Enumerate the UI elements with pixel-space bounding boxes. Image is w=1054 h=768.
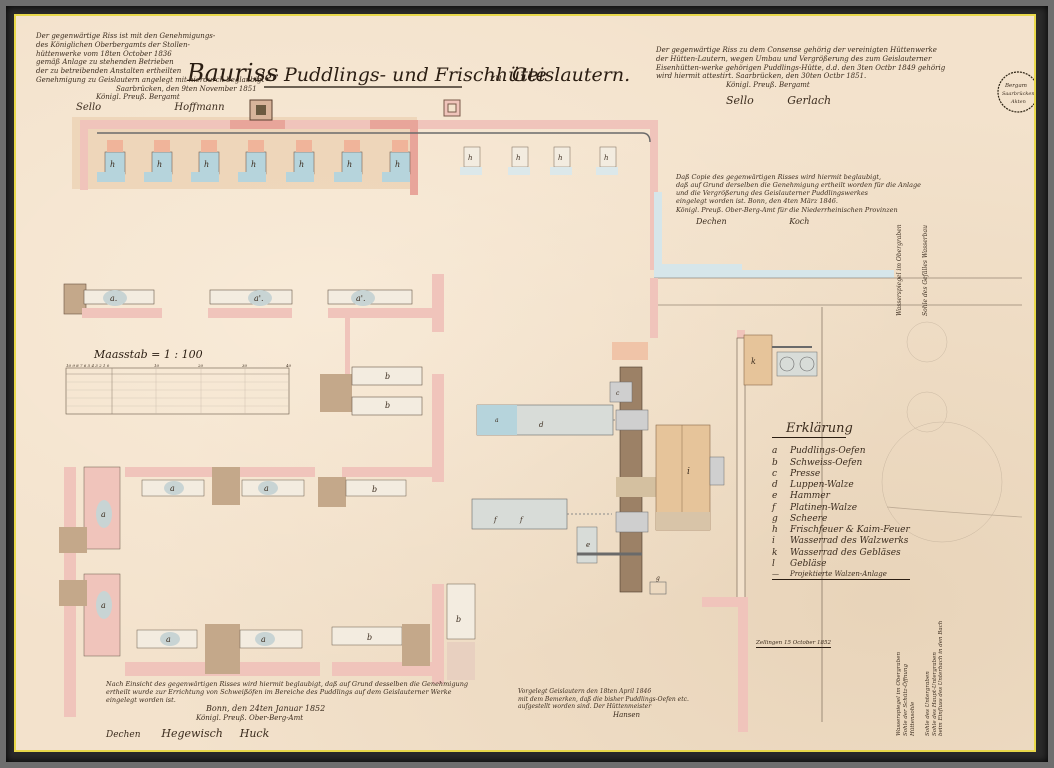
water-wheel-k-and-blowers: k (744, 335, 817, 385)
svg-text:Geislautern.: Geislautern. (512, 64, 630, 86)
svg-text:h: h (299, 160, 304, 169)
legend-item: aPuddlings-Oefen (772, 446, 910, 457)
legend-item: fPlatinen-Walze (772, 503, 910, 514)
svg-text:Maasstab = 1 : 100: Maasstab = 1 : 100 (93, 348, 203, 361)
svg-text:h: h (468, 154, 473, 162)
legend-item: kWasserrad des Gebläses (772, 548, 910, 559)
svg-text:a'.: a'. (356, 294, 366, 303)
drawing-sheet: h h h h h h h h h h h a. a'. a'. (14, 14, 1036, 752)
signature-hoffmann: Hoffmann (104, 102, 224, 113)
signature-hegewisch: Hegewisch (143, 727, 222, 740)
svg-text:d: d (539, 421, 544, 429)
scale-bar: Maasstab = 1 : 100 10 9 8 7 6 5 4 3 2 1 … (66, 348, 292, 414)
svg-text:g: g (656, 575, 660, 582)
svg-text:Akten: Akten (1010, 99, 1026, 105)
svg-text:a'.: a'. (254, 294, 264, 303)
legend-item: dLuppen-Walze (772, 480, 910, 491)
note-bottom-right-small: Zellingen 15 October 1852 (756, 640, 831, 648)
side-note-upper: Wasserspiegel im Obergraben Sohle des Ge… (896, 224, 929, 316)
svg-text:b: b (385, 401, 390, 410)
svg-text:h: h (110, 160, 115, 169)
svg-text:b: b (372, 485, 377, 494)
svg-text:a: a (264, 484, 269, 493)
svg-text:Saarbrücken: Saarbrücken (1002, 91, 1035, 97)
svg-text:a: a (170, 484, 175, 493)
legend-heading: Erklärung (772, 421, 846, 438)
svg-text:40: 40 (285, 363, 292, 368)
middle-b-furnaces: b b (320, 367, 444, 454)
signature-dechen: Dechen (106, 730, 141, 740)
floor-plan-drawing: h h h h h h h h h h h a. a'. a'. (16, 16, 1036, 752)
wall (650, 278, 658, 338)
svg-text:h: h (251, 160, 256, 169)
legend-item: gScheere (772, 514, 910, 525)
svg-text:h: h (604, 154, 609, 162)
signature-gerlach: Gerlach (757, 94, 831, 107)
svg-text:a: a (495, 417, 499, 424)
legend-item: hFrischfeuer & Kaim-Feuer (772, 525, 910, 536)
svg-text:10 9 8 7 6 5 4 3 2 1 0: 10 9 8 7 6 5 4 3 2 1 0 (66, 363, 110, 368)
legend-item: —Projektierte Walzen-Anlage (772, 570, 910, 580)
svg-text:a: a (166, 635, 171, 644)
note-bottom-center: Vorgelegt Geislautern den 18ten April 18… (518, 688, 689, 719)
svg-text:10: 10 (154, 363, 160, 368)
svg-text:h: h (395, 160, 400, 169)
rolling-mill-f: f f (472, 499, 612, 529)
svg-text:zu: zu (489, 73, 502, 84)
svg-text:k: k (751, 357, 756, 366)
svg-text:h: h (516, 154, 521, 162)
svg-text:Puddlings- und Frischhütte: Puddlings- und Frischhütte (283, 64, 547, 86)
note-bottom-left: Nach Einsicht des gegenwärtigen Risses w… (106, 680, 468, 741)
svg-text:30: 30 (242, 363, 248, 368)
rolling-mill-d: a d (477, 405, 632, 435)
signature-koch: Koch (729, 217, 809, 226)
svg-text:a: a (261, 635, 266, 644)
note-top-left: Der gegenwärtige Riss ist mit den Genehm… (36, 32, 264, 115)
lower-furnace-hall: a a a a b a a b b (59, 432, 475, 717)
legend-item: cPresse (772, 469, 910, 480)
signature-huck: Huck (226, 727, 270, 740)
signature-dechen: Dechen (696, 217, 727, 226)
svg-text:a: a (101, 601, 106, 610)
svg-text:a: a (101, 510, 106, 519)
legend-item: iWasserrad des Walzwerks (772, 536, 910, 547)
note-top-right: Der gegenwärtige Riss zu dem Consense ge… (656, 46, 945, 108)
signature-sello: Sello (726, 94, 754, 107)
signature-sello: Sello (76, 102, 101, 113)
svg-text:h: h (157, 160, 162, 169)
wall (738, 597, 748, 732)
svg-text:b: b (385, 372, 390, 381)
svg-text:i: i (687, 467, 690, 477)
wall (702, 597, 747, 607)
legend-item: lGebläse (772, 559, 910, 570)
svg-text:a.: a. (110, 294, 117, 303)
note-middle-right: Daß Copie des gegenwärtigen Risses wird … (676, 173, 921, 227)
legend-item: eHammer (772, 491, 910, 502)
legend-item: bSchweiss-Oefen (772, 458, 910, 469)
canal-upper (654, 270, 894, 278)
svg-text:20: 20 (197, 363, 204, 368)
svg-text:h: h (347, 160, 352, 169)
svg-text:Bergam: Bergam (1004, 83, 1027, 89)
svg-text:b: b (456, 615, 461, 624)
svg-text:h: h (558, 154, 563, 162)
svg-text:b: b (367, 633, 372, 642)
side-note-lower: Wasserspiegel im Obergraben Sohle der Sc… (896, 621, 945, 736)
svg-text:h: h (204, 160, 209, 169)
svg-text:e: e (586, 541, 590, 549)
legend: Erklärung aPuddlings-Oefen bSchweiss-Oef… (772, 421, 910, 580)
archive-stamp: Bergam Saarbrücken Akten (998, 72, 1036, 112)
